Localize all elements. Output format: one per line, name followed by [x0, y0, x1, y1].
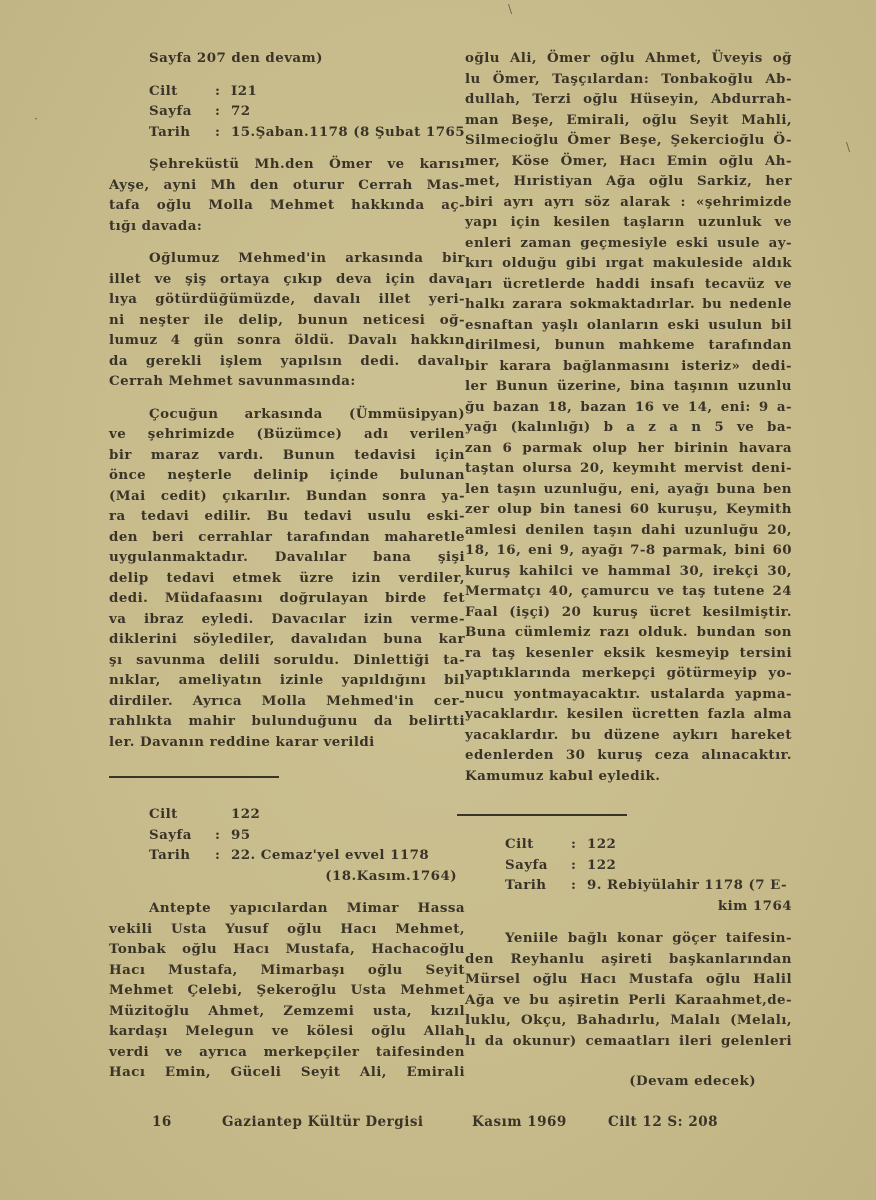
- separator: :: [215, 81, 231, 102]
- cilt-label: Cilt: [149, 81, 215, 102]
- text-line: tafa oğlu Molla Mehmet hakkında aç-: [109, 195, 465, 216]
- paragraph: Yeniile bağlı konar göçer taifesin- den …: [465, 928, 792, 1051]
- paper-blemish: \: [846, 140, 850, 154]
- text-line: illet ve şiş ortaya çıkıp deva için dava: [109, 269, 465, 290]
- text-line: halkı zarara sokmaktadırlar. bu nedenle: [465, 294, 792, 315]
- text-line: Yeniile bağlı konar göçer taifesin-: [465, 928, 792, 949]
- continued-from-note: Sayfa 207 den devam): [109, 48, 465, 69]
- text-line: Antepte yapıcılardan Mimar Hassa: [109, 898, 465, 919]
- cilt-label: Cilt: [505, 834, 571, 855]
- text-line: yapı için kesilen taşların uzunluk ve: [465, 212, 792, 233]
- text-line: ni neşter ile delip, bunun neticesi oğ-: [109, 310, 465, 331]
- archive-record-1: Cilt:I21 Sayfa:72 Tarih:15.Şaban.1178 (8…: [109, 81, 465, 143]
- text-line: Cerrah Mehmet savunmasında:: [109, 371, 465, 392]
- text-line: nıklar, ameliyatın izinle yapıldığını bi…: [109, 670, 465, 691]
- text-line: taştan olursa 20, keymıht mervist deni-: [465, 458, 792, 479]
- text-line: diklerini söylediler, davalıdan buna kar: [109, 629, 465, 650]
- text-line: dirdiler. Ayrıca Molla Mehmed'in cer-: [109, 691, 465, 712]
- text-line: kardaşı Melegun ve kölesi oğlu Allah: [109, 1021, 465, 1042]
- paper-blemish: ·: [34, 112, 38, 126]
- text-line: şı savunma delili soruldu. Dinlettiği ta…: [109, 650, 465, 671]
- right-column: oğlu Ali, Ömer oğlu Ahmet, Üveyis oğ lu …: [465, 48, 792, 1092]
- tarih-value-gregorian: (18.Kasım.1764): [325, 866, 457, 887]
- text-line: den beri cerrahlar tarafından maharetle: [109, 527, 465, 548]
- text-line: kuruş kahilci ve hammal 30, irekçi 30,: [465, 561, 792, 582]
- paragraph: Çocuğun arkasında (Ümmüsipyan) ve şehrim…: [109, 404, 465, 753]
- archive-record-3: Cilt:122 Sayfa:122 Tarih:9. Rebiyülahir …: [465, 834, 792, 916]
- text-line: ları ücretlerde haddi insafı tecavüz ve: [465, 274, 792, 295]
- text-line: ve şehrimizde (Büzümce) adı verilen: [109, 424, 465, 445]
- text-line: amlesi denilen taşın dahi uzunluğu 20,: [465, 520, 792, 541]
- issue-date: Kasım 1969: [472, 1114, 567, 1130]
- text-line: 18, 16, eni 9, ayağı 7-8 parmak, bini 60: [465, 540, 792, 561]
- separator: :: [215, 101, 231, 122]
- separator: :: [215, 122, 231, 143]
- separator: :: [571, 834, 587, 855]
- tarih-value: 15.Şaban.1178 (8 Şubat 1765: [231, 122, 465, 143]
- separator: :: [215, 825, 231, 846]
- tarih-label: Tarih: [149, 845, 215, 866]
- text-line: lıya götürdüğümüzde, davalı illet yeri-: [109, 289, 465, 310]
- text-line: len taşın uzunluğu, eni, ayağı buna ben: [465, 479, 792, 500]
- text-line: lumuz 4 gün sonra öldü. Davalı hakkın: [109, 330, 465, 351]
- archive-record-2: Cilt122 Sayfa:95 Tarih:22. Cemaz'yel evv…: [109, 804, 465, 886]
- text-line: oğlu Ali, Ömer oğlu Ahmet, Üveyis oğ: [465, 48, 792, 69]
- text-line: zer olup bin tanesi 60 kuruşu, Keymith: [465, 499, 792, 520]
- text-line: Faal (işçi) 20 kuruş ücret kesilmiştir.: [465, 602, 792, 623]
- sayfa-value: 122: [587, 855, 616, 876]
- text-line: edenlerden 30 kuruş ceza alınacaktır.: [465, 745, 792, 766]
- paper-blemish: \: [508, 2, 512, 16]
- text-line: esnaftan yaşlı olanların eski usulun bil: [465, 315, 792, 336]
- text-line: bir maraz vardı. Bunun tedavisi için: [109, 445, 465, 466]
- page-number: 16: [152, 1114, 172, 1130]
- journal-name: Gaziantep Kültür Dergisi: [222, 1114, 424, 1130]
- sayfa-label: Sayfa: [149, 825, 215, 846]
- paragraph: oğlu Ali, Ömer oğlu Ahmet, Üveyis oğ lu …: [465, 48, 792, 786]
- text-line: kırı olduğu gibi ırgat makuleside aldık: [465, 253, 792, 274]
- text-line: Tonbak oğlu Hacı Mustafa, Hachacoğlu: [109, 939, 465, 960]
- text-line: va ibraz eyledi. Davacılar izin verme-: [109, 609, 465, 630]
- separator: :: [571, 855, 587, 876]
- text-line: yacaklardır. kesilen ücretten fazla alma: [465, 704, 792, 725]
- section-divider: [109, 776, 279, 778]
- text-line: uygulanmaktadır. Davalılar bana şişi: [109, 547, 465, 568]
- text-line: yacaklardır. bu düzene aykırı hareket: [465, 725, 792, 746]
- paragraph: Oğlumuz Mehmed'in arkasında bir illet ve…: [109, 248, 465, 392]
- text-line: Oğlumuz Mehmed'in arkasında bir: [109, 248, 465, 269]
- tarih-value: 9. Rebiyülahir 1178 (7 E-: [587, 875, 787, 896]
- text-line: Müzitoğlu Ahmet, Zemzemi usta, kızıl: [109, 1001, 465, 1022]
- text-line: biri ayrı ayrı söz alarak : «şehrimizde: [465, 192, 792, 213]
- text-line: Mürsel oğlu Hacı Mustafa oğlu Halil: [465, 969, 792, 990]
- text-line: met, Hıristiyan Ağa oğlu Sarkiz, her: [465, 171, 792, 192]
- cilt-label: Cilt: [149, 804, 215, 825]
- text-line: lı da okunur) cemaatları ileri gelenleri: [465, 1031, 792, 1052]
- text-line: zan 6 parmak olup her birinin havara: [465, 438, 792, 459]
- paragraph: Şehreküstü Mh.den Ömer ve karısı Ayşe, a…: [109, 154, 465, 236]
- magazine-page: Sayfa 207 den devam) Cilt:I21 Sayfa:72 T…: [0, 0, 876, 1200]
- text-line: önce neşterle delinip içinde bulunan: [109, 465, 465, 486]
- tarih-label: Tarih: [505, 875, 571, 896]
- text-line: nucu yontmayacaktır. ustalarda yapma-: [465, 684, 792, 705]
- text-line: dirilmesi, bunun mahkeme tarafından: [465, 335, 792, 356]
- text-line: Ağa ve bu aşiretin Perli Karaahmet,de-: [465, 990, 792, 1011]
- sayfa-value: 72: [231, 101, 251, 122]
- text-line: delip tedavi etmek üzre izin verdiler,: [109, 568, 465, 589]
- text-line: dullah, Terzi oğlu Hüseyin, Abdurrah-: [465, 89, 792, 110]
- text-line: yaptıklarında merkepçi götürmeyip yo-: [465, 663, 792, 684]
- text-line: verdi ve ayrıca merkepçiler taifesinden: [109, 1042, 465, 1063]
- cilt-value: 122: [231, 804, 260, 825]
- text-line: luklu, Okçu, Bahadırlu, Malalı (Melalı,: [465, 1010, 792, 1031]
- section-divider: [457, 814, 627, 816]
- text-line: ler Bunun üzerine, bina taşının uzunlu: [465, 376, 792, 397]
- text-line: ğu bazan 18, bazan 16 ve 14, eni: 9 a-: [465, 397, 792, 418]
- text-line: Hacı Emin, Güceli Seyit Ali, Emirali: [109, 1062, 465, 1083]
- sayfa-value: 95: [231, 825, 251, 846]
- text-line: Silmecioğlu Ömer Beşe, Şekercioğlu Ö-: [465, 130, 792, 151]
- text-line: Ayşe, ayni Mh den oturur Cerrah Mas-: [109, 175, 465, 196]
- text-line: ra taş kesenler eksik kesmeyip tersini: [465, 643, 792, 664]
- left-column: Sayfa 207 den devam) Cilt:I21 Sayfa:72 T…: [109, 48, 465, 1083]
- text-line: Mermatçı 40, çamurcu ve taş tutene 24: [465, 581, 792, 602]
- text-line: den Reyhanlu aşireti başkanlarından: [465, 949, 792, 970]
- text-line: Çocuğun arkasında (Ümmüsipyan): [109, 404, 465, 425]
- cilt-value: 122: [587, 834, 616, 855]
- text-line: man Beşe, Emirali, oğlu Seyit Mahli,: [465, 110, 792, 131]
- text-line: Mehmet Çelebi, Şekeroğlu Usta Mehmet: [109, 980, 465, 1001]
- text-line: tığı davada:: [109, 216, 465, 237]
- volume-info: Cilt 12 S: 208: [608, 1114, 718, 1130]
- text-line: Şehreküstü Mh.den Ömer ve karısı: [109, 154, 465, 175]
- tarih-value: 22. Cemaz'yel evvel 1178: [231, 845, 429, 866]
- text-line: (Mai cedit) çıkarılır. Bundan sonra ya-: [109, 486, 465, 507]
- separator: :: [215, 845, 231, 866]
- text-line: ler. Davanın reddine karar verildi: [109, 732, 465, 753]
- text-line: ra tedavi edilir. Bu tedavi usulu eski-: [109, 506, 465, 527]
- text-line: Kamumuz kabul eyledik.: [465, 766, 792, 787]
- cilt-value: I21: [231, 81, 257, 102]
- text-line: bir karara bağlanmasını isteriz» dedi-: [465, 356, 792, 377]
- text-line: da gerekli işlem yapılsın dedi. davalı: [109, 351, 465, 372]
- sayfa-label: Sayfa: [149, 101, 215, 122]
- text-line: rahlıkta mahir bulunduğunu da belirtti: [109, 711, 465, 732]
- text-line: dedi. Müdafaasını doğrulayan birde fet: [109, 588, 465, 609]
- tarih-value-gregorian: kim 1764: [718, 896, 792, 917]
- tarih-label: Tarih: [149, 122, 215, 143]
- paragraph: Antepte yapıcılardan Mimar Hassa vekili …: [109, 898, 465, 1083]
- separator: [215, 804, 231, 825]
- sayfa-label: Sayfa: [505, 855, 571, 876]
- text-line: vekili Usta Yusuf oğlu Hacı Mehmet,: [109, 919, 465, 940]
- text-line: yağı (kalınlığı) b a z a n 5 ve ba-: [465, 417, 792, 438]
- text-line: lu Ömer, Taşçılardan: Tonbakoğlu Ab-: [465, 69, 792, 90]
- text-line: enleri zaman geçmesiyle eski usule ay-: [465, 233, 792, 254]
- text-line: mer, Köse Ömer, Hacı Emin oğlu Ah-: [465, 151, 792, 172]
- separator: :: [571, 875, 587, 896]
- text-line: Buna cümlemiz razı olduk. bundan son: [465, 622, 792, 643]
- text-line: Hacı Mustafa, Mimarbaşı oğlu Seyit: [109, 960, 465, 981]
- to-be-continued-note: (Devam edecek): [465, 1071, 792, 1092]
